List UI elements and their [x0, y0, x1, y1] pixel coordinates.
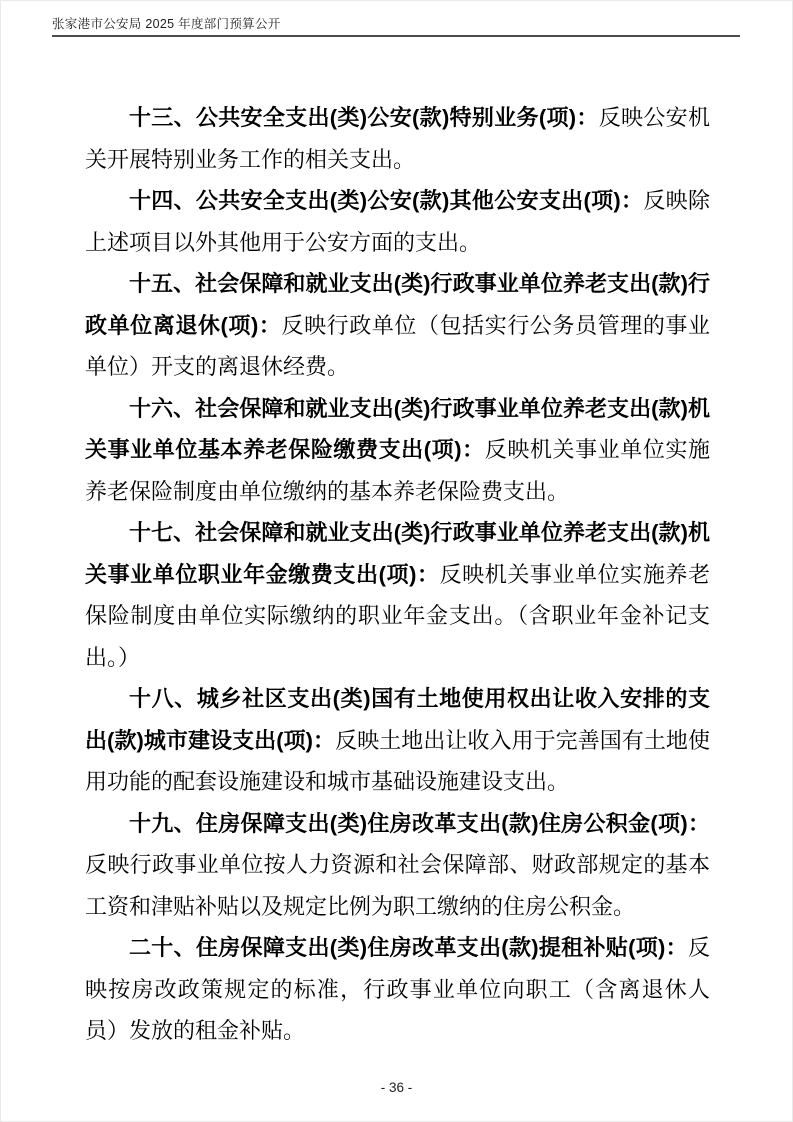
- document-page: { "document": { "header": { "title": "张家…: [0, 0, 793, 1122]
- budget-item-paragraph-17: 十七、社会保障和就业支出(类)行政事业单位养老支出(款)机关事业单位职业年金缴费…: [85, 512, 710, 678]
- budget-item-paragraph-16: 十六、社会保障和就业支出(类)行政事业单位养老支出(款)机关事业单位基本养老保险…: [85, 388, 710, 513]
- page-header-title: 张家港市公安局 2025 年度部门预算公开: [52, 17, 281, 31]
- budget-item-paragraph-14: 十四、公共安全支出(类)公安(款)其他公安支出(项)：反映除上述项目以外其他用于…: [85, 180, 710, 263]
- budget-item-paragraph-20: 二十、住房保障支出(类)住房改革支出(款)提租补贴(项)：反映按房改政策规定的标…: [85, 927, 710, 1052]
- document-body: 十三、公共安全支出(类)公安(款)特别业务(项)：反映公安机关开展特别业务工作的…: [85, 97, 710, 1052]
- paragraph-19-body: 反映行政事业单位按人力资源和社会保障部、财政部规定的基本工资和津贴补贴以及规定比…: [85, 852, 710, 919]
- budget-item-paragraph-13: 十三、公共安全支出(类)公安(款)特别业务(项)：反映公安机关开展特别业务工作的…: [85, 97, 710, 180]
- paragraph-13-lead: 十三、公共安全支出(类)公安(款)特别业务(项)：: [129, 105, 599, 130]
- page-footer: - 36 -: [0, 1080, 793, 1095]
- budget-item-paragraph-18: 十八、城乡社区支出(类)国有土地使用权出让收入安排的支出(款)城市建设支出(项)…: [85, 678, 710, 803]
- page-number: - 36 -: [381, 1080, 413, 1095]
- budget-item-paragraph-15: 十五、社会保障和就业支出(类)行政事业单位养老支出(款)行政单位离退休(项)：反…: [85, 263, 710, 388]
- paragraph-20-lead: 二十、住房保障支出(类)住房改革支出(款)提租补贴(项)：: [129, 935, 688, 960]
- paragraph-19-lead: 十九、住房保障支出(类)住房改革支出(款)住房公积金(项)：: [129, 811, 710, 836]
- budget-item-paragraph-19: 十九、住房保障支出(类)住房改革支出(款)住房公积金(项)：反映行政事业单位按人…: [85, 803, 710, 928]
- page-header: 张家港市公安局 2025 年度部门预算公开: [52, 17, 740, 37]
- paragraph-14-lead: 十四、公共安全支出(类)公安(款)其他公安支出(项)：: [129, 188, 643, 213]
